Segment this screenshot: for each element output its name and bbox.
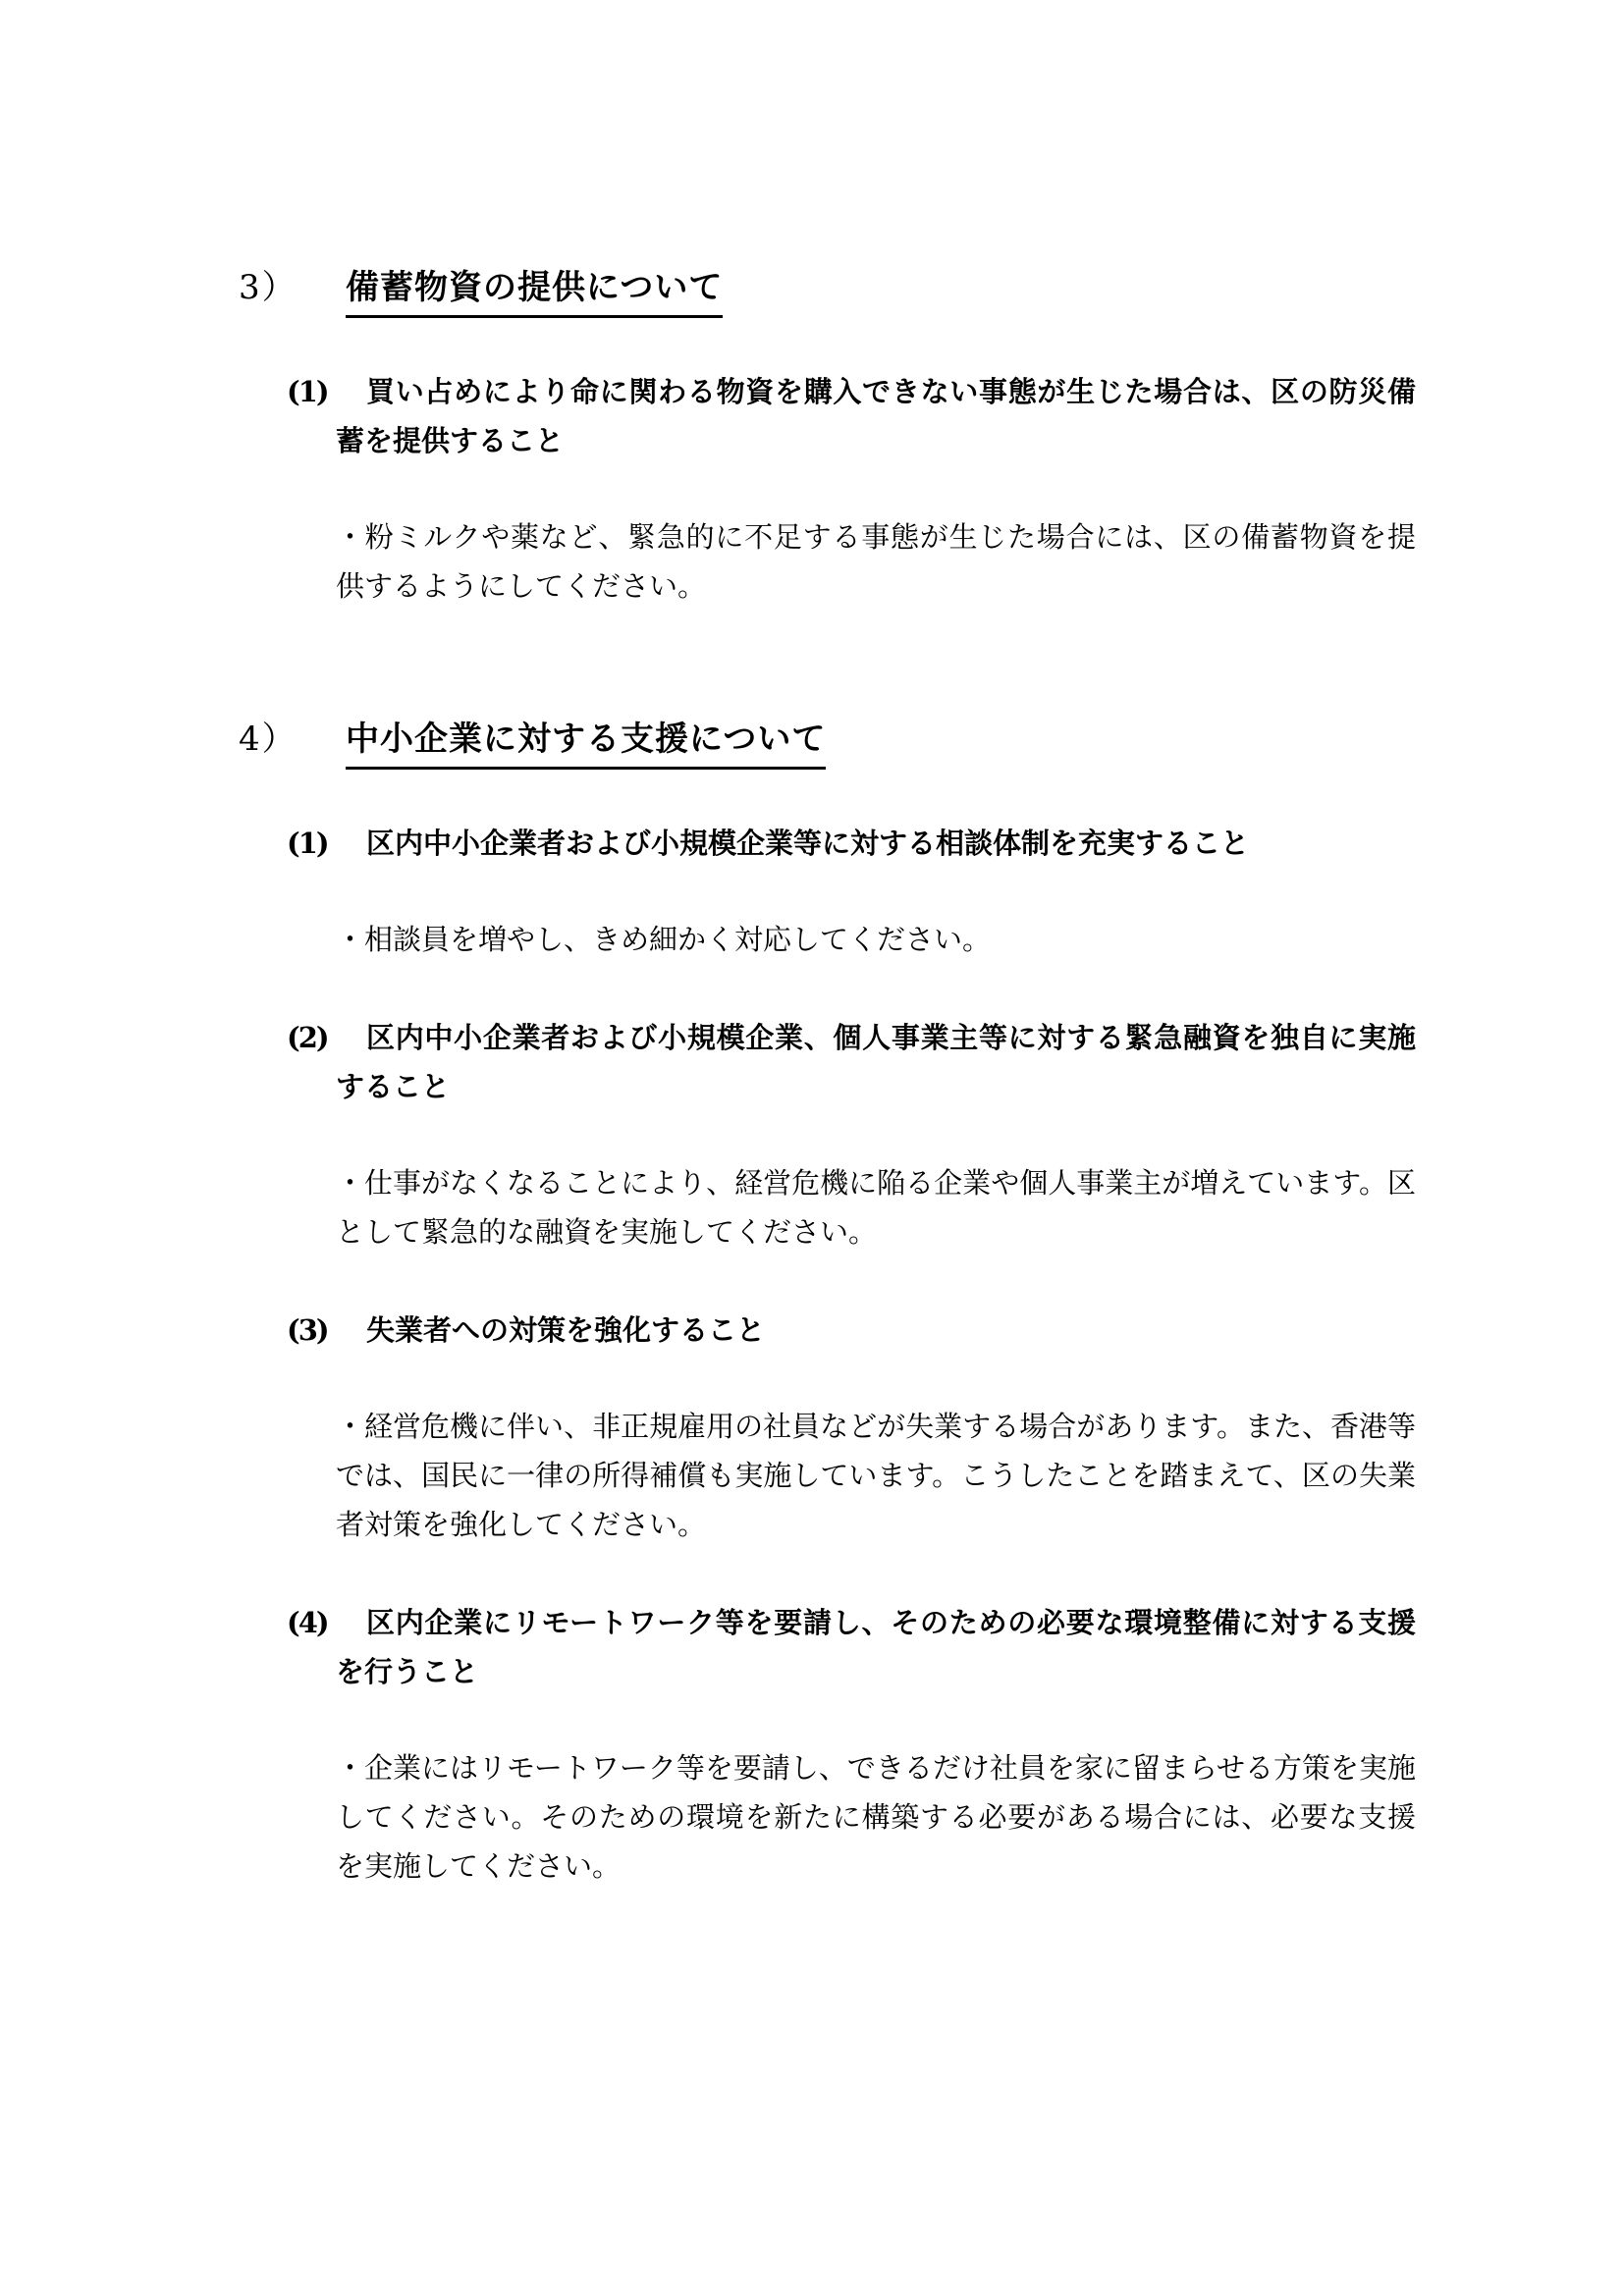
section-title: 中小企業に対する支援について — [346, 715, 826, 770]
item-heading: (2)区内中小企業者および小規模企業、個人事業主等に対する緊急融資を独自に実施す… — [336, 1013, 1416, 1111]
item-note: ・経営危機に伴い、非正規雇用の社員などが失業する場合があります。また、香港等では… — [336, 1402, 1416, 1549]
section-sme-support: 4）中小企業に対する支援について (1)区内中小企業者および小規模企業等に対する… — [0, 715, 1623, 1891]
list-item: (2)区内中小企業者および小規模企業、個人事業主等に対する緊急融資を独自に実施す… — [336, 1013, 1416, 1256]
item-heading: (4)区内企業にリモートワーク等を要請し、そのための必要な環境整備に対する支援を… — [336, 1598, 1416, 1696]
item-number: (3) — [287, 1306, 328, 1355]
item-heading-text: 失業者への対策を強化すること — [366, 1313, 765, 1347]
item-heading-text: 買い占めにより命に関わる物資を購入できない事態が生じた場合は、区の防災備蓄を提供… — [336, 375, 1416, 457]
item-heading-text: 区内中小企業者および小規模企業等に対する相談体制を充実すること — [366, 827, 1249, 860]
item-number: (4) — [287, 1598, 328, 1647]
item-heading-text: 区内中小企業者および小規模企業、個人事業主等に対する緊急融資を独自に実施すること — [336, 1021, 1416, 1103]
item-heading-text: 区内企業にリモートワーク等を要請し、そのための必要な環境整備に対する支援を行うこ… — [336, 1606, 1416, 1688]
item-heading: (1)買い占めにより命に関わる物資を購入できない事態が生じた場合は、区の防災備蓄… — [336, 367, 1416, 465]
section-title: 備蓄物資の提供について — [346, 263, 723, 318]
section-stockpile: 3）備蓄物資の提供について (1)買い占めにより命に関わる物資を購入できない事態… — [0, 263, 1623, 611]
item-heading: (3)失業者への対策を強化すること — [336, 1306, 1416, 1355]
item-note: ・粉ミルクや薬など、緊急的に不足する事態が生じた場合には、区の備蓄物資を提供する… — [336, 512, 1416, 611]
list-item: (1)買い占めにより命に関わる物資を購入できない事態が生じた場合は、区の防災備蓄… — [336, 367, 1416, 611]
list-item: (4)区内企業にリモートワーク等を要請し、そのための必要な環境整備に対する支援を… — [336, 1598, 1416, 1891]
item-number: (1) — [287, 819, 328, 868]
document-page: 3）備蓄物資の提供について (1)買い占めにより命に関わる物資を購入できない事態… — [0, 0, 1623, 2296]
item-number: (2) — [287, 1013, 328, 1062]
section-heading: 4）中小企業に対する支援について — [239, 715, 1623, 770]
section-number: 3） — [239, 263, 346, 312]
list-item: (3)失業者への対策を強化すること ・経営危機に伴い、非正規雇用の社員などが失業… — [336, 1306, 1416, 1549]
section-number: 4） — [239, 715, 346, 764]
item-note: ・仕事がなくなることにより、経営危機に陥る企業や個人事業主が増えています。区とし… — [336, 1158, 1416, 1256]
item-heading: (1)区内中小企業者および小規模企業等に対する相談体制を充実すること — [336, 819, 1416, 868]
list-item: (1)区内中小企業者および小規模企業等に対する相談体制を充実すること ・相談員を… — [336, 819, 1416, 964]
item-note: ・相談員を増やし、きめ細かく対応してください。 — [336, 915, 1416, 964]
item-note: ・企業にはリモートワーク等を要請し、できるだけ社員を家に留まらせる方策を実施して… — [336, 1743, 1416, 1891]
item-number: (1) — [287, 367, 328, 416]
section-heading: 3）備蓄物資の提供について — [239, 263, 1623, 318]
